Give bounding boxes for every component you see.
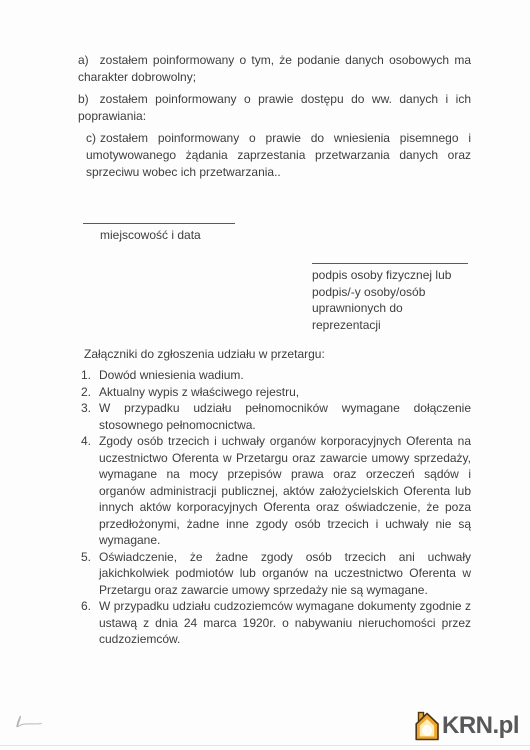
signature-block-signatures: podpis osoby fizycznej lub podpis/-y oso… bbox=[312, 263, 471, 333]
list-item-text: Zgody osób trzecich i uchwały organów ko… bbox=[99, 433, 471, 549]
signature-caption: podpis osoby fizycznej lub podpis/-y oso… bbox=[312, 267, 471, 333]
clause-text: zostałem poinformowany o prawie dostępu … bbox=[78, 92, 471, 123]
list-item-text: Oświadczenie, że żadne zgody osób trzeci… bbox=[99, 549, 471, 599]
clause-text: zostałem poinformowany o tym, że podanie… bbox=[78, 53, 471, 84]
krn-logo: KRN.pl bbox=[415, 711, 519, 741]
signature-block-place-date: miejscowość i data bbox=[78, 223, 471, 244]
consent-clause-b: b)zostałem poinformowany o prawie dostęp… bbox=[78, 91, 471, 125]
list-item-number: 3. bbox=[78, 400, 99, 433]
clause-label: a) bbox=[78, 52, 89, 69]
attachments-list: 1. Dowód wniesienia wadium. 2. Aktualny … bbox=[78, 367, 471, 648]
clause-label: c) bbox=[86, 130, 96, 147]
signature-caption-line: podpis osoby fizycznej lub bbox=[312, 267, 471, 284]
list-item-text: Aktualny wypis z właściwego rejestru, bbox=[99, 384, 471, 401]
krn-logo-text: KRN.pl bbox=[442, 711, 519, 741]
signature-caption-line: podpis/-y osoby/osób bbox=[312, 284, 471, 301]
list-item-number: 1. bbox=[78, 367, 99, 384]
signature-line bbox=[83, 223, 235, 224]
scanned-document-page: a)zostałem poinformowany o tym, że podan… bbox=[0, 0, 530, 750]
list-item-text: Dowód wniesienia wadium. bbox=[99, 367, 471, 384]
signature-caption: miejscowość i data bbox=[100, 227, 471, 244]
consent-clause-a: a)zostałem poinformowany o tym, że podan… bbox=[78, 52, 471, 86]
house-icon bbox=[415, 711, 439, 741]
list-item: 2. Aktualny wypis z właściwego rejestru, bbox=[78, 384, 471, 401]
signature-line bbox=[312, 263, 468, 264]
document-content: a)zostałem poinformowany o tym, że podan… bbox=[78, 52, 471, 648]
list-item-text: W przypadku udziału cudzoziemców wymagan… bbox=[99, 598, 471, 648]
scan-page-edge bbox=[0, 745, 530, 746]
list-item: 5. Oświadczenie, że żadne zgody osób trz… bbox=[78, 549, 471, 599]
signature-caption-line: uprawnionych do reprezentacji bbox=[312, 300, 471, 333]
list-item-text: W przypadku udziału pełnomocników wymaga… bbox=[99, 400, 471, 433]
list-item-number: 6. bbox=[78, 598, 99, 648]
clause-text: zostałem poinformowany o prawie do wnies… bbox=[86, 131, 471, 179]
list-item: 4. Zgody osób trzecich i uchwały organów… bbox=[78, 433, 471, 549]
list-item-number: 4. bbox=[78, 433, 99, 549]
handwritten-signature-mark bbox=[11, 711, 45, 731]
list-item: 1. Dowód wniesienia wadium. bbox=[78, 367, 471, 384]
list-item: 6. W przypadku udziału cudzoziemców wyma… bbox=[78, 598, 471, 648]
list-item-number: 2. bbox=[78, 384, 99, 401]
list-item: 3. W przypadku udziału pełnomocników wym… bbox=[78, 400, 471, 433]
clause-label: b) bbox=[78, 91, 89, 108]
consent-clause-c: c)zostałem poinformowany o prawie do wni… bbox=[78, 130, 471, 181]
attachments-heading: Załączniki do zgłoszenia udziału w przet… bbox=[78, 346, 471, 363]
list-item-number: 5. bbox=[78, 549, 99, 599]
